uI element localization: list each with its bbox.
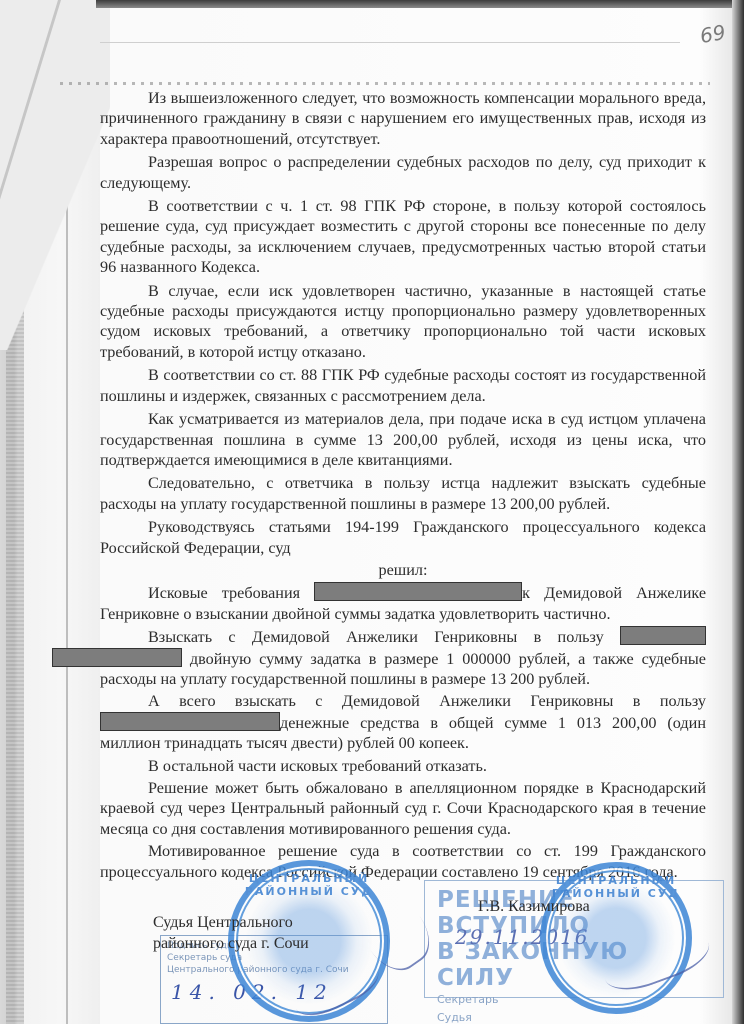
paragraph-moral-damage: Из вышеизложенного следует, что возможно… bbox=[100, 88, 706, 149]
paragraph-article-98: В соответствии с ч. 1 ст. 98 ГПК РФ стор… bbox=[100, 196, 706, 278]
paragraph-recover-deposit: Взыскать с Демидовой Анжелики Генриковны… bbox=[100, 626, 706, 689]
redacted-plaintiff-name bbox=[100, 712, 280, 731]
handwritten-page-number: 69 bbox=[698, 20, 727, 48]
paragraph-recover-duty: Следовательно, с ответчика в пользу истц… bbox=[100, 473, 706, 514]
redacted-plaintiff-name bbox=[314, 582, 522, 601]
paragraph-state-duty-paid: Как усматривается из материалов дела, пр… bbox=[100, 409, 706, 470]
paragraph-rest-denied: В остальной части исковых требований отк… bbox=[100, 756, 706, 776]
folded-corner bbox=[0, 0, 110, 350]
previous-page-edge-line bbox=[100, 42, 680, 43]
paragraph-partial-claim: В случае, если иск удовлетворен частично… bbox=[100, 281, 706, 363]
paragraph-claims-partially-granted: Исковые требования к Демидовой Анжелике … bbox=[100, 582, 706, 624]
decision-heading: решил: bbox=[100, 560, 706, 580]
paragraph-guided-by: Руководствуясь статьями 194-199 Гражданс… bbox=[100, 517, 706, 558]
paragraph-costs-question: Разрешая вопрос о распределении судебных… bbox=[100, 152, 706, 193]
scan-top-edge bbox=[96, 0, 744, 8]
redacted-plaintiff-name bbox=[620, 626, 706, 645]
court-decision-text: Из вышеизложенного следует, что возможно… bbox=[100, 88, 706, 884]
paragraph-motivated-decision: Мотивированное решение суда в соответств… bbox=[100, 841, 706, 882]
perforation-rule bbox=[60, 82, 710, 85]
redacted-plaintiff-name-continued bbox=[52, 648, 182, 667]
paragraph-total-recovery: А всего взыскать с Демидовой Анжелики Ге… bbox=[100, 691, 706, 753]
paragraph-article-88: В соответствии со ст. 88 ГПК РФ судебные… bbox=[100, 365, 706, 406]
scan-right-edge bbox=[732, 0, 744, 1024]
paragraph-appeal: Решение может быть обжаловано в апелляци… bbox=[100, 778, 706, 839]
scan-edge-strip bbox=[6, 300, 24, 1024]
